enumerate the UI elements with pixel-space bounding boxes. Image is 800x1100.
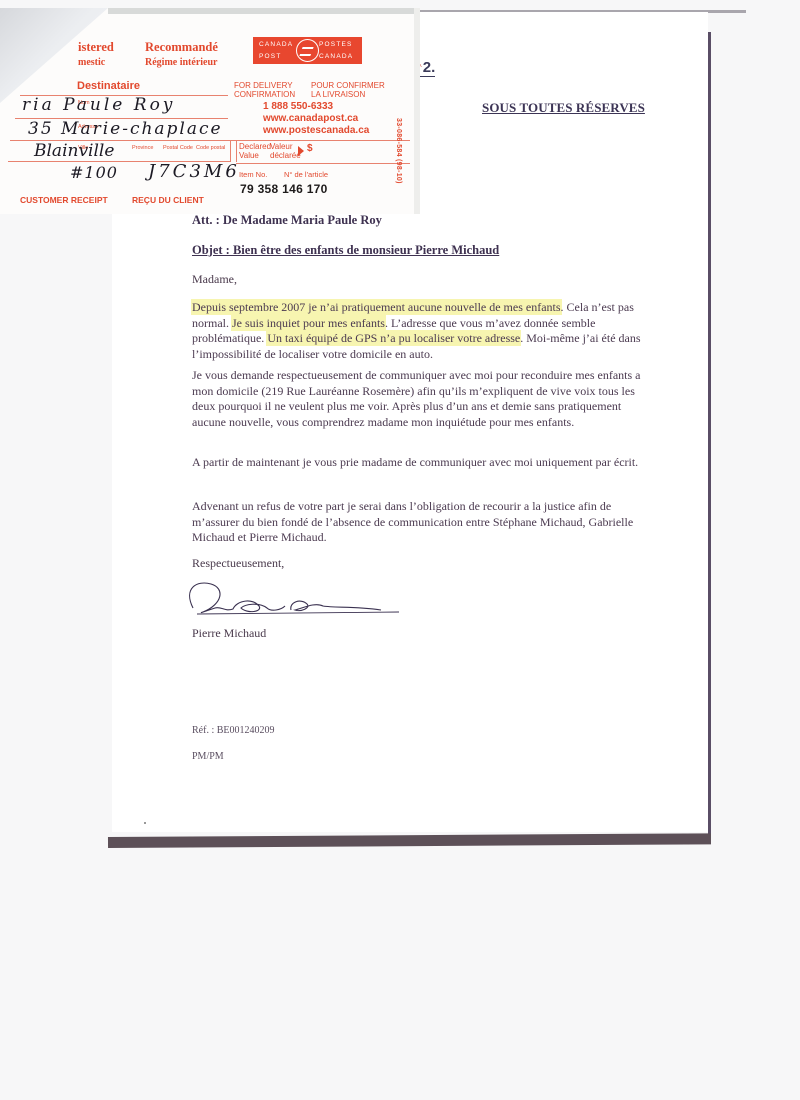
reference-number: Réf. : BE001240209 — [192, 725, 275, 736]
paragraph-3: A partir de maintenant je vous prie mada… — [192, 455, 647, 471]
divider — [230, 141, 231, 162]
signer-name: Pierre Michaud — [192, 626, 266, 641]
paragraph-2: Je vous demande respectueusement de comm… — [192, 368, 647, 430]
scan-speck — [144, 822, 146, 824]
paragraph-1: Depuis septembre 2007 je n’ai pratiqueme… — [192, 300, 647, 362]
text: Valeur — [270, 142, 301, 151]
divider — [236, 141, 237, 162]
highlight: Un taxi équipé de GPS n’a pu localiser v… — [267, 331, 520, 345]
text: déclarée — [270, 151, 301, 160]
recommande-label: Recommandé — [145, 40, 218, 55]
province-label: Province — [132, 145, 153, 151]
text: LA LIVRAISON — [311, 90, 385, 99]
attention-line: Att. : De Madame Maria Paule Roy — [192, 213, 382, 228]
logo-text: POST — [259, 53, 282, 60]
delivery-confirmation-fr: POUR CONFIRMERLA LIVRAISON — [311, 81, 385, 99]
page-bottom-shadow — [108, 833, 711, 848]
code-postal-label: Code postal — [196, 145, 225, 151]
registered-label: istered — [78, 40, 114, 55]
page-number-text: 2. — [423, 59, 436, 76]
form-code: 33-086-584 (98-10) — [395, 118, 402, 184]
logo-text: CANADA — [319, 53, 353, 60]
arrow-right-icon — [298, 146, 304, 156]
subject-line: Objet : Bien être des enfants de monsieu… — [192, 243, 499, 258]
regime-label: Régime intérieur — [145, 57, 217, 68]
text: Declared — [239, 142, 271, 151]
closing: Respectueusement, — [192, 556, 284, 571]
handwritten-address: 35 Marie-chaplace — [28, 119, 223, 139]
signature-icon — [185, 578, 405, 620]
destinataire-label: Destinataire — [77, 80, 140, 92]
website-en: www.canadapost.ca — [263, 113, 358, 124]
article-number-label: N° de l'article — [284, 170, 328, 179]
handwritten-city: Blainville — [34, 141, 114, 161]
logo-text: CANADA — [259, 41, 293, 48]
initials: PM/PM — [192, 751, 224, 762]
text: CONFIRMATION — [234, 90, 295, 99]
tracking-number[interactable]: 79 358 146 170 — [240, 182, 328, 196]
text: FOR DELIVERY — [234, 81, 295, 90]
canada-post-emblem-icon — [296, 39, 319, 62]
item-number-label: Item No. — [239, 170, 267, 179]
page-number: ^2. — [418, 60, 435, 77]
declared-line — [236, 163, 410, 164]
receipt-top-strip — [108, 8, 416, 14]
recu-client-label: REÇU DU CLIENT — [132, 195, 204, 205]
handwritten-postal-code: J7C3M6 — [148, 161, 240, 182]
salutation: Madame, — [192, 272, 237, 287]
text: Value — [239, 151, 271, 160]
handwritten-recipient-name: ria Paule Roy — [22, 95, 175, 115]
handwritten-apartment: #100 — [70, 163, 118, 182]
paragraph-4: Advenant un refus de votre part je serai… — [192, 499, 647, 546]
highlight: Depuis septembre 2007 je n’ai pratiqueme… — [192, 300, 561, 314]
declared-value-en: DeclaredValue — [239, 142, 271, 160]
delivery-confirmation-en: FOR DELIVERYCONFIRMATION — [234, 81, 295, 99]
receipt-right-edge — [414, 8, 420, 214]
highlight: Je suis inquiet pour mes enfants — [232, 316, 385, 330]
heading-sous-toutes-reserves: SOUS TOUTES RÉSERVES — [482, 100, 645, 116]
phone-number: 1 888 550-6333 — [263, 101, 333, 112]
domestic-label: mestic — [78, 57, 105, 68]
currency-symbol: $ — [307, 143, 313, 154]
text: POUR CONFIRMER — [311, 81, 385, 90]
customer-receipt-label: CUSTOMER RECEIPT — [20, 195, 108, 205]
logo-text: POSTES — [319, 41, 353, 48]
declared-value-fr: Valeurdéclarée — [270, 142, 301, 160]
page-right-border — [708, 32, 711, 844]
canada-post-logo: CANADA POST POSTES CANADA — [253, 37, 362, 64]
postal-code-label: Postal Code — [163, 145, 193, 151]
website-fr: www.postescanada.ca — [263, 125, 369, 136]
